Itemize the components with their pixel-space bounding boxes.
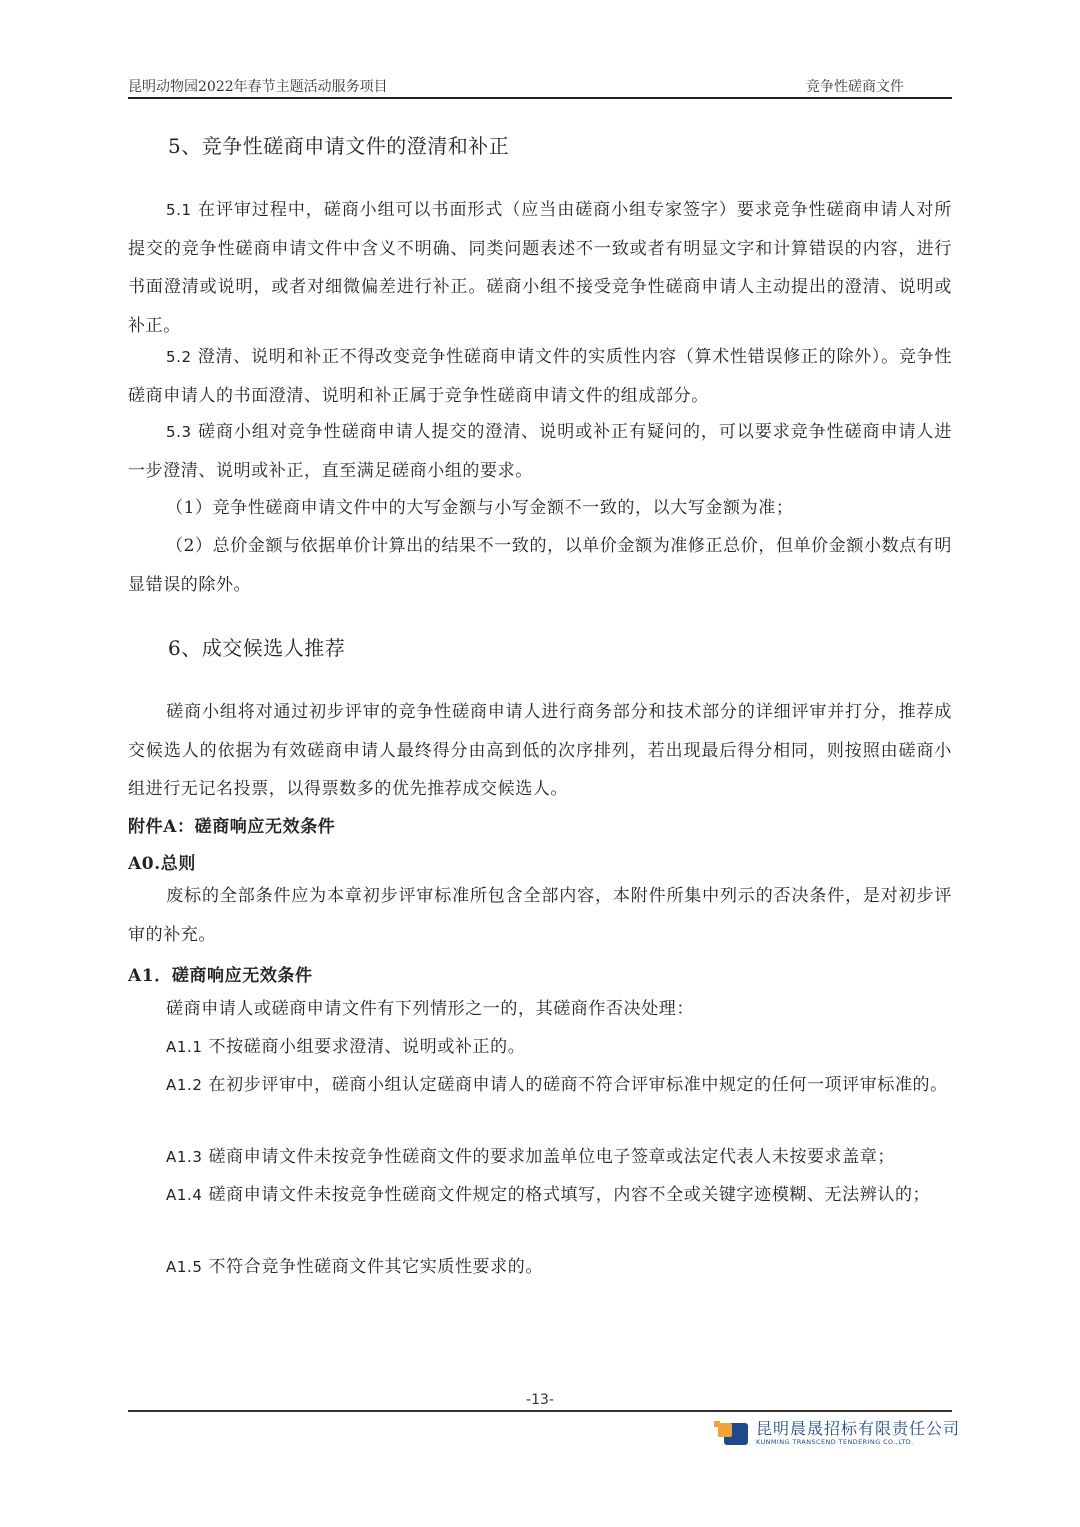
clause-text: 澄清、说明和补正不得改变竞争性磋商申请文件的实质性内容（算术性错误修正的除外）。… [128,347,952,406]
paragraph-5-3: 5.3 磋商小组对竞争性磋商申请人提交的澄清、说明或补正有疑问的，可以要求竞争性… [128,413,952,490]
paragraph-5-2: 5.2 澄清、说明和补正不得改变竞争性磋商申请文件的实质性内容（算术性错误修正的… [128,338,952,415]
section-6-heading: 6、成交候选人推荐 [168,632,345,661]
clause-text: 磋商小组对竞争性磋商申请人提交的澄清、说明或补正有疑问的，可以要求竞争性磋商申请… [128,422,952,481]
a1-item-2: A1.2 在初步评审中，磋商小组认定磋商申请人的磋商不符合评审标准中规定的任何一… [128,1066,952,1105]
list-item-2: （2）总价金额与依据单价计算出的结果不一致的，以单价金额为准修正总价，但单价金额… [128,527,952,604]
footer-divider [128,1410,952,1412]
header-divider [128,97,952,99]
clause-number: 5.2 [166,348,192,366]
header-project-title: 昆明动物园2022年春节主题活动服务项目 [128,76,388,96]
clause-text: 在评审过程中，磋商小组可以书面形式（应当由磋商小组专家签字）要求竞争性磋商申请人… [128,200,952,336]
a1-item-3: A1.3 磋商申请文件未按竞争性磋商文件的要求加盖单位电子签章或法定代表人未按要… [128,1138,952,1177]
a0-heading: A0.总则 [128,849,952,874]
clause-number: 5.1 [166,201,192,219]
list-item-1: （1）竞争性磋商申请文件中的大写金额与小写金额不一致的，以大写金额为准； [128,489,952,528]
appendix-a-heading: 附件A：磋商响应无效条件 [128,812,952,837]
company-name-cn: 昆明晨晟招标有限责任公司 [756,1420,960,1438]
a0-paragraph: 废标的全部条件应为本章初步评审标准所包含全部内容，本附件所集中列示的否决条件，是… [128,877,952,954]
paragraph-5-1: 5.1 在评审过程中，磋商小组可以书面形式（应当由磋商小组专家签字）要求竞争性磋… [128,191,952,345]
a1-item-4: A1.4 磋商申请文件未按竞争性磋商文件规定的格式填写，内容不全或关键字迹模糊、… [128,1176,952,1215]
section-5-heading: 5、竞争性磋商申请文件的澄清和补正 [168,130,509,159]
a1-intro: 磋商申请人或磋商申请文件有下列情形之一的，其磋商作否决处理： [128,990,952,1029]
logo-mark-icon [714,1421,750,1445]
header-document-type: 竞争性磋商文件 [806,76,904,96]
document-page: 昆明动物园2022年春节主题活动服务项目 竞争性磋商文件 5、竞争性磋商申请文件… [0,0,1080,1527]
a1-heading: A1．磋商响应无效条件 [128,961,952,986]
a1-item-5: A1.5 不符合竞争性磋商文件其它实质性要求的。 [128,1248,952,1287]
clause-number: 5.3 [166,423,192,441]
paragraph-6: 磋商小组将对通过初步评审的竞争性磋商申请人进行商务部分和技术部分的详细评审并打分… [128,693,952,809]
page-number: -13- [0,1392,1080,1408]
a1-item-1: A1.1 不按磋商小组要求澄清、说明或补正的。 [128,1028,952,1067]
company-logo: 昆明晨晟招标有限责任公司 KUNMING TRANSCEND TENDERING… [714,1420,960,1446]
company-name-en: KUNMING TRANSCEND TENDERING CO.,LTD. [756,1438,960,1446]
